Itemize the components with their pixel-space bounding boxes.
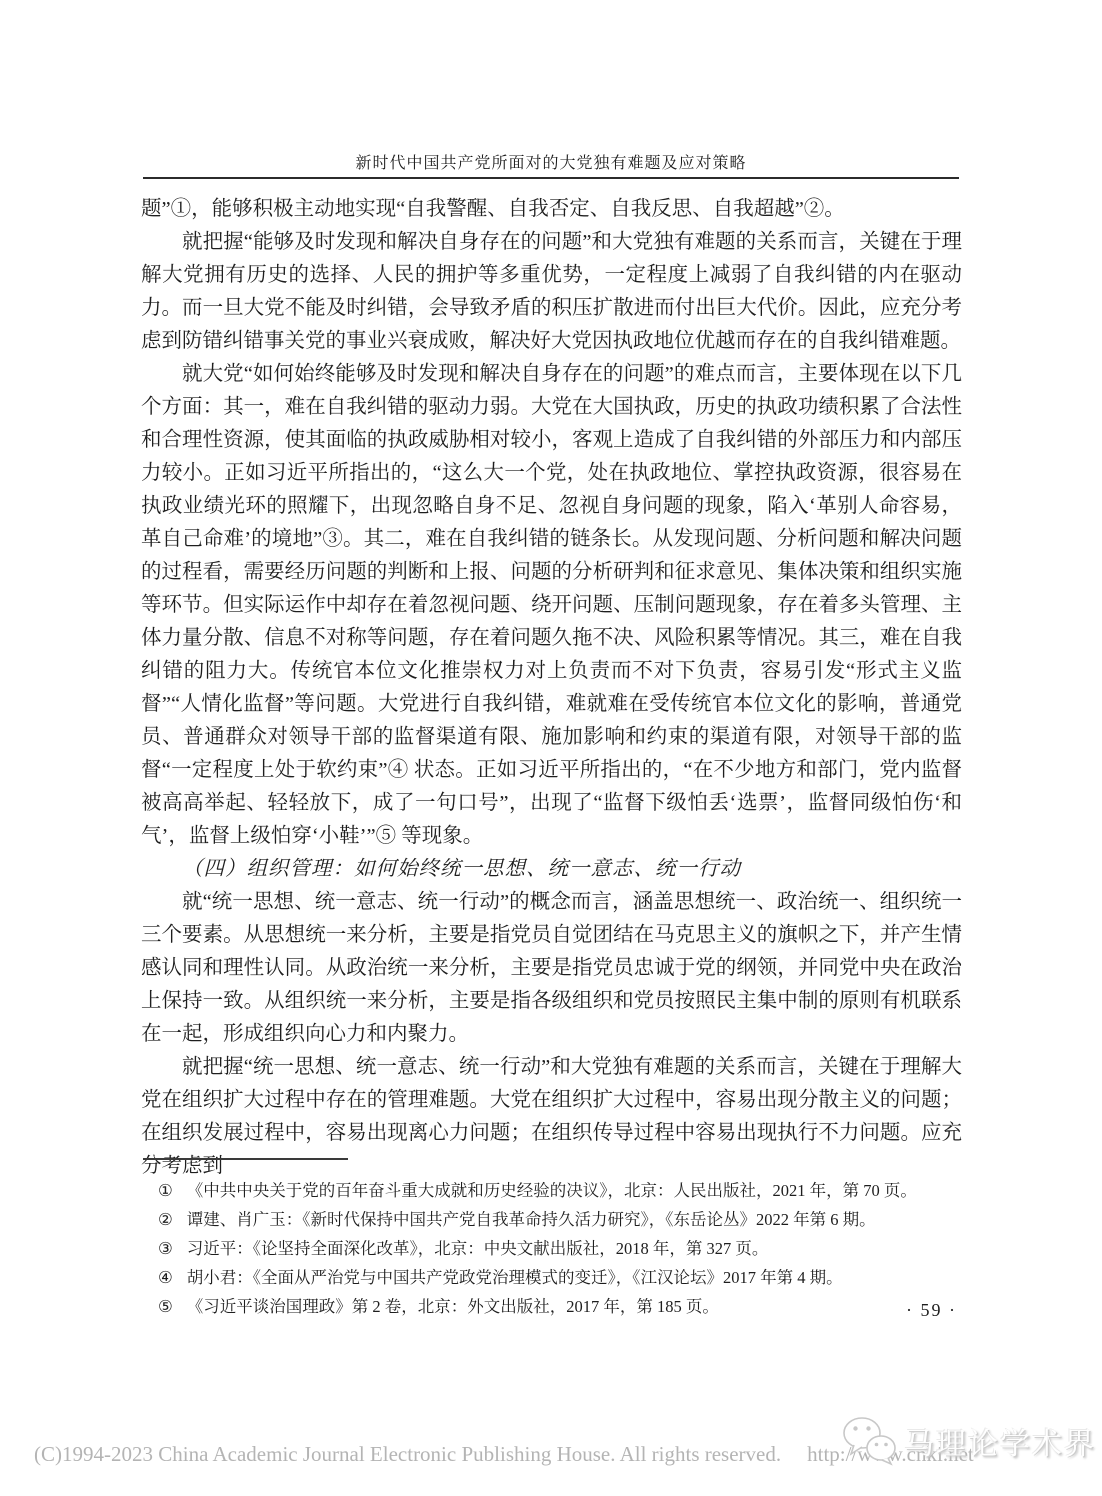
footnote-separator-rule xyxy=(143,1158,348,1160)
footnote-marker: ④ xyxy=(158,1263,173,1292)
wechat-icon xyxy=(842,1416,898,1466)
watermark: 马理论学术界 xyxy=(842,1416,1096,1466)
body-paragraph: 题”①，能够积极主动地实现“自我警醒、自我否定、自我反思、自我超越”②。 xyxy=(141,193,962,226)
footnote-text: 习近平：《论坚持全面深化改革》，北京：中央文献出版社，2018 年，第 327 … xyxy=(187,1234,962,1263)
footnotes-block: ① 《中共中央关于党的百年奋斗重大成就和历史经验的决议》，北京：人民出版社，20… xyxy=(141,1150,962,1321)
page-number: · 59 · xyxy=(141,1300,957,1321)
footnote-marker: ② xyxy=(158,1205,173,1234)
footnote-marker: ① xyxy=(158,1176,173,1205)
running-head-title: 新时代中国共产党所面对的大党独有难题及应对策略 xyxy=(143,150,959,173)
footnote-item: ③ 习近平：《论坚持全面深化改革》，北京：中央文献出版社，2018 年，第 32… xyxy=(141,1234,962,1263)
section-heading: （四）组织管理：如何始终统一思想、统一意志、统一行动 xyxy=(141,853,962,886)
body-paragraph: 就大党“如何始终能够及时发现和解决自身存在的问题”的难点而言，主要体现在以下几个… xyxy=(141,358,962,853)
header-rule xyxy=(143,177,959,179)
body-paragraph: 就把握“能够及时发现和解决自身存在的问题”和大党独有难题的关系而言，关键在于理解… xyxy=(141,226,962,358)
footer-copyright: (C)1994-2023 China Academic Journal Elec… xyxy=(34,1442,781,1466)
footnote-item: ② 谭建、肖广玉：《新时代保持中国共产党自我革命持久活力研究》，《东岳论丛》20… xyxy=(141,1205,962,1234)
footnote-marker: ③ xyxy=(158,1234,173,1263)
footnote-text: 谭建、肖广玉：《新时代保持中国共产党自我革命持久活力研究》，《东岳论丛》2022… xyxy=(187,1205,962,1234)
footnote-item: ④ 胡小君：《全面从严治党与中国共产党政党治理模式的变迁》，《江汉论坛》2017… xyxy=(141,1263,962,1292)
watermark-text: 马理论学术界 xyxy=(904,1419,1096,1463)
body-paragraph: 就“统一思想、统一意志、统一行动”的概念而言，涵盖思想统一、政治统一、组织统一三… xyxy=(141,886,962,1051)
body-text-block: 题”①，能够积极主动地实现“自我警醒、自我否定、自我反思、自我超越”②。 就把握… xyxy=(141,193,962,1183)
document-page: 新时代中国共产党所面对的大党独有难题及应对策略 题”①，能够积极主动地实现“自我… xyxy=(0,0,1102,1496)
footnote-item: ① 《中共中央关于党的百年奋斗重大成就和历史经验的决议》，北京：人民出版社，20… xyxy=(141,1176,962,1205)
footnote-text: 胡小君：《全面从严治党与中国共产党政党治理模式的变迁》，《江汉论坛》2017 年… xyxy=(187,1263,962,1292)
footnote-text: 《中共中央关于党的百年奋斗重大成就和历史经验的决议》，北京：人民出版社，2021… xyxy=(187,1176,962,1205)
